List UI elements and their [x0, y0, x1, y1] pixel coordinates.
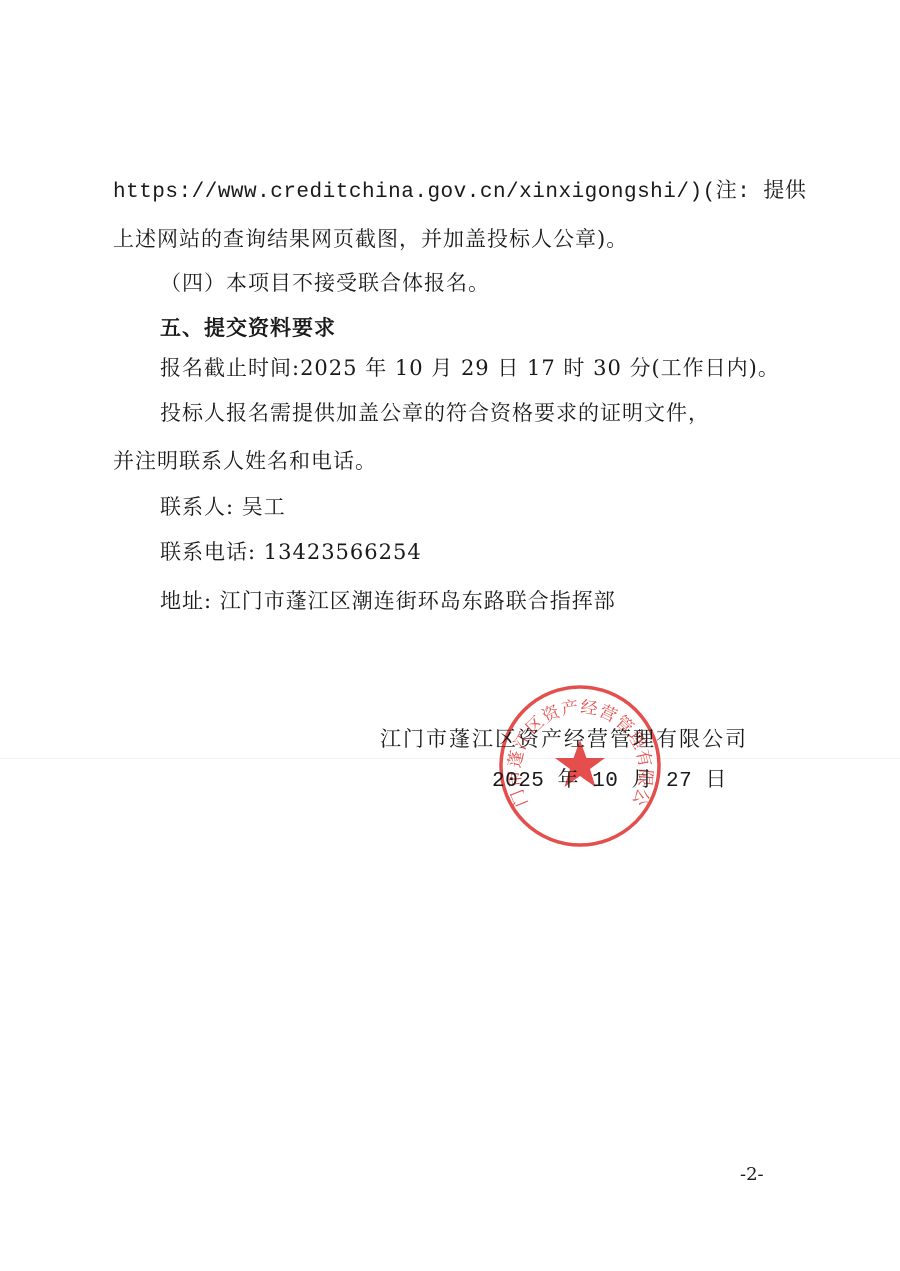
consortium-clause: （四）本项目不接受联合体报名。 — [160, 268, 490, 298]
contact-address: 地址: 江门市蓬江区潮连街环岛东路联合指挥部 — [160, 586, 616, 616]
url-note-continuation: 上述网站的查询结果网页截图，并加盖投标人公章)。 — [113, 224, 628, 254]
page-number: -2- — [740, 1163, 764, 1187]
scan-artifact-line — [0, 758, 900, 759]
requirement-line: 投标人报名需提供加盖公章的符合资格要求的证明文件， — [160, 398, 710, 428]
url-note-line: https://www.creditchina.gov.cn/xinxigong… — [113, 178, 806, 208]
signature-date: 2025 年 10 月 27 日 — [492, 767, 727, 797]
contact-person: 联系人: 吴工 — [160, 492, 286, 522]
document-page: https://www.creditchina.gov.cn/xinxigong… — [0, 0, 900, 1271]
signature-company: 江门市蓬江区资产经营管理有限公司 — [380, 724, 748, 754]
contact-phone: 联系电话: 13423566254 — [160, 537, 422, 567]
requirement-continuation: 并注明联系人姓名和电话。 — [113, 446, 377, 476]
company-seal: 江门市蓬江区资产经营管理有限公司 — [497, 683, 663, 849]
section-heading: 五、提交资料要求 — [160, 313, 336, 343]
deadline-line: 报名截止时间:2025 年 10 月 29 日 17 时 30 分(工作日内)。 — [160, 353, 780, 383]
